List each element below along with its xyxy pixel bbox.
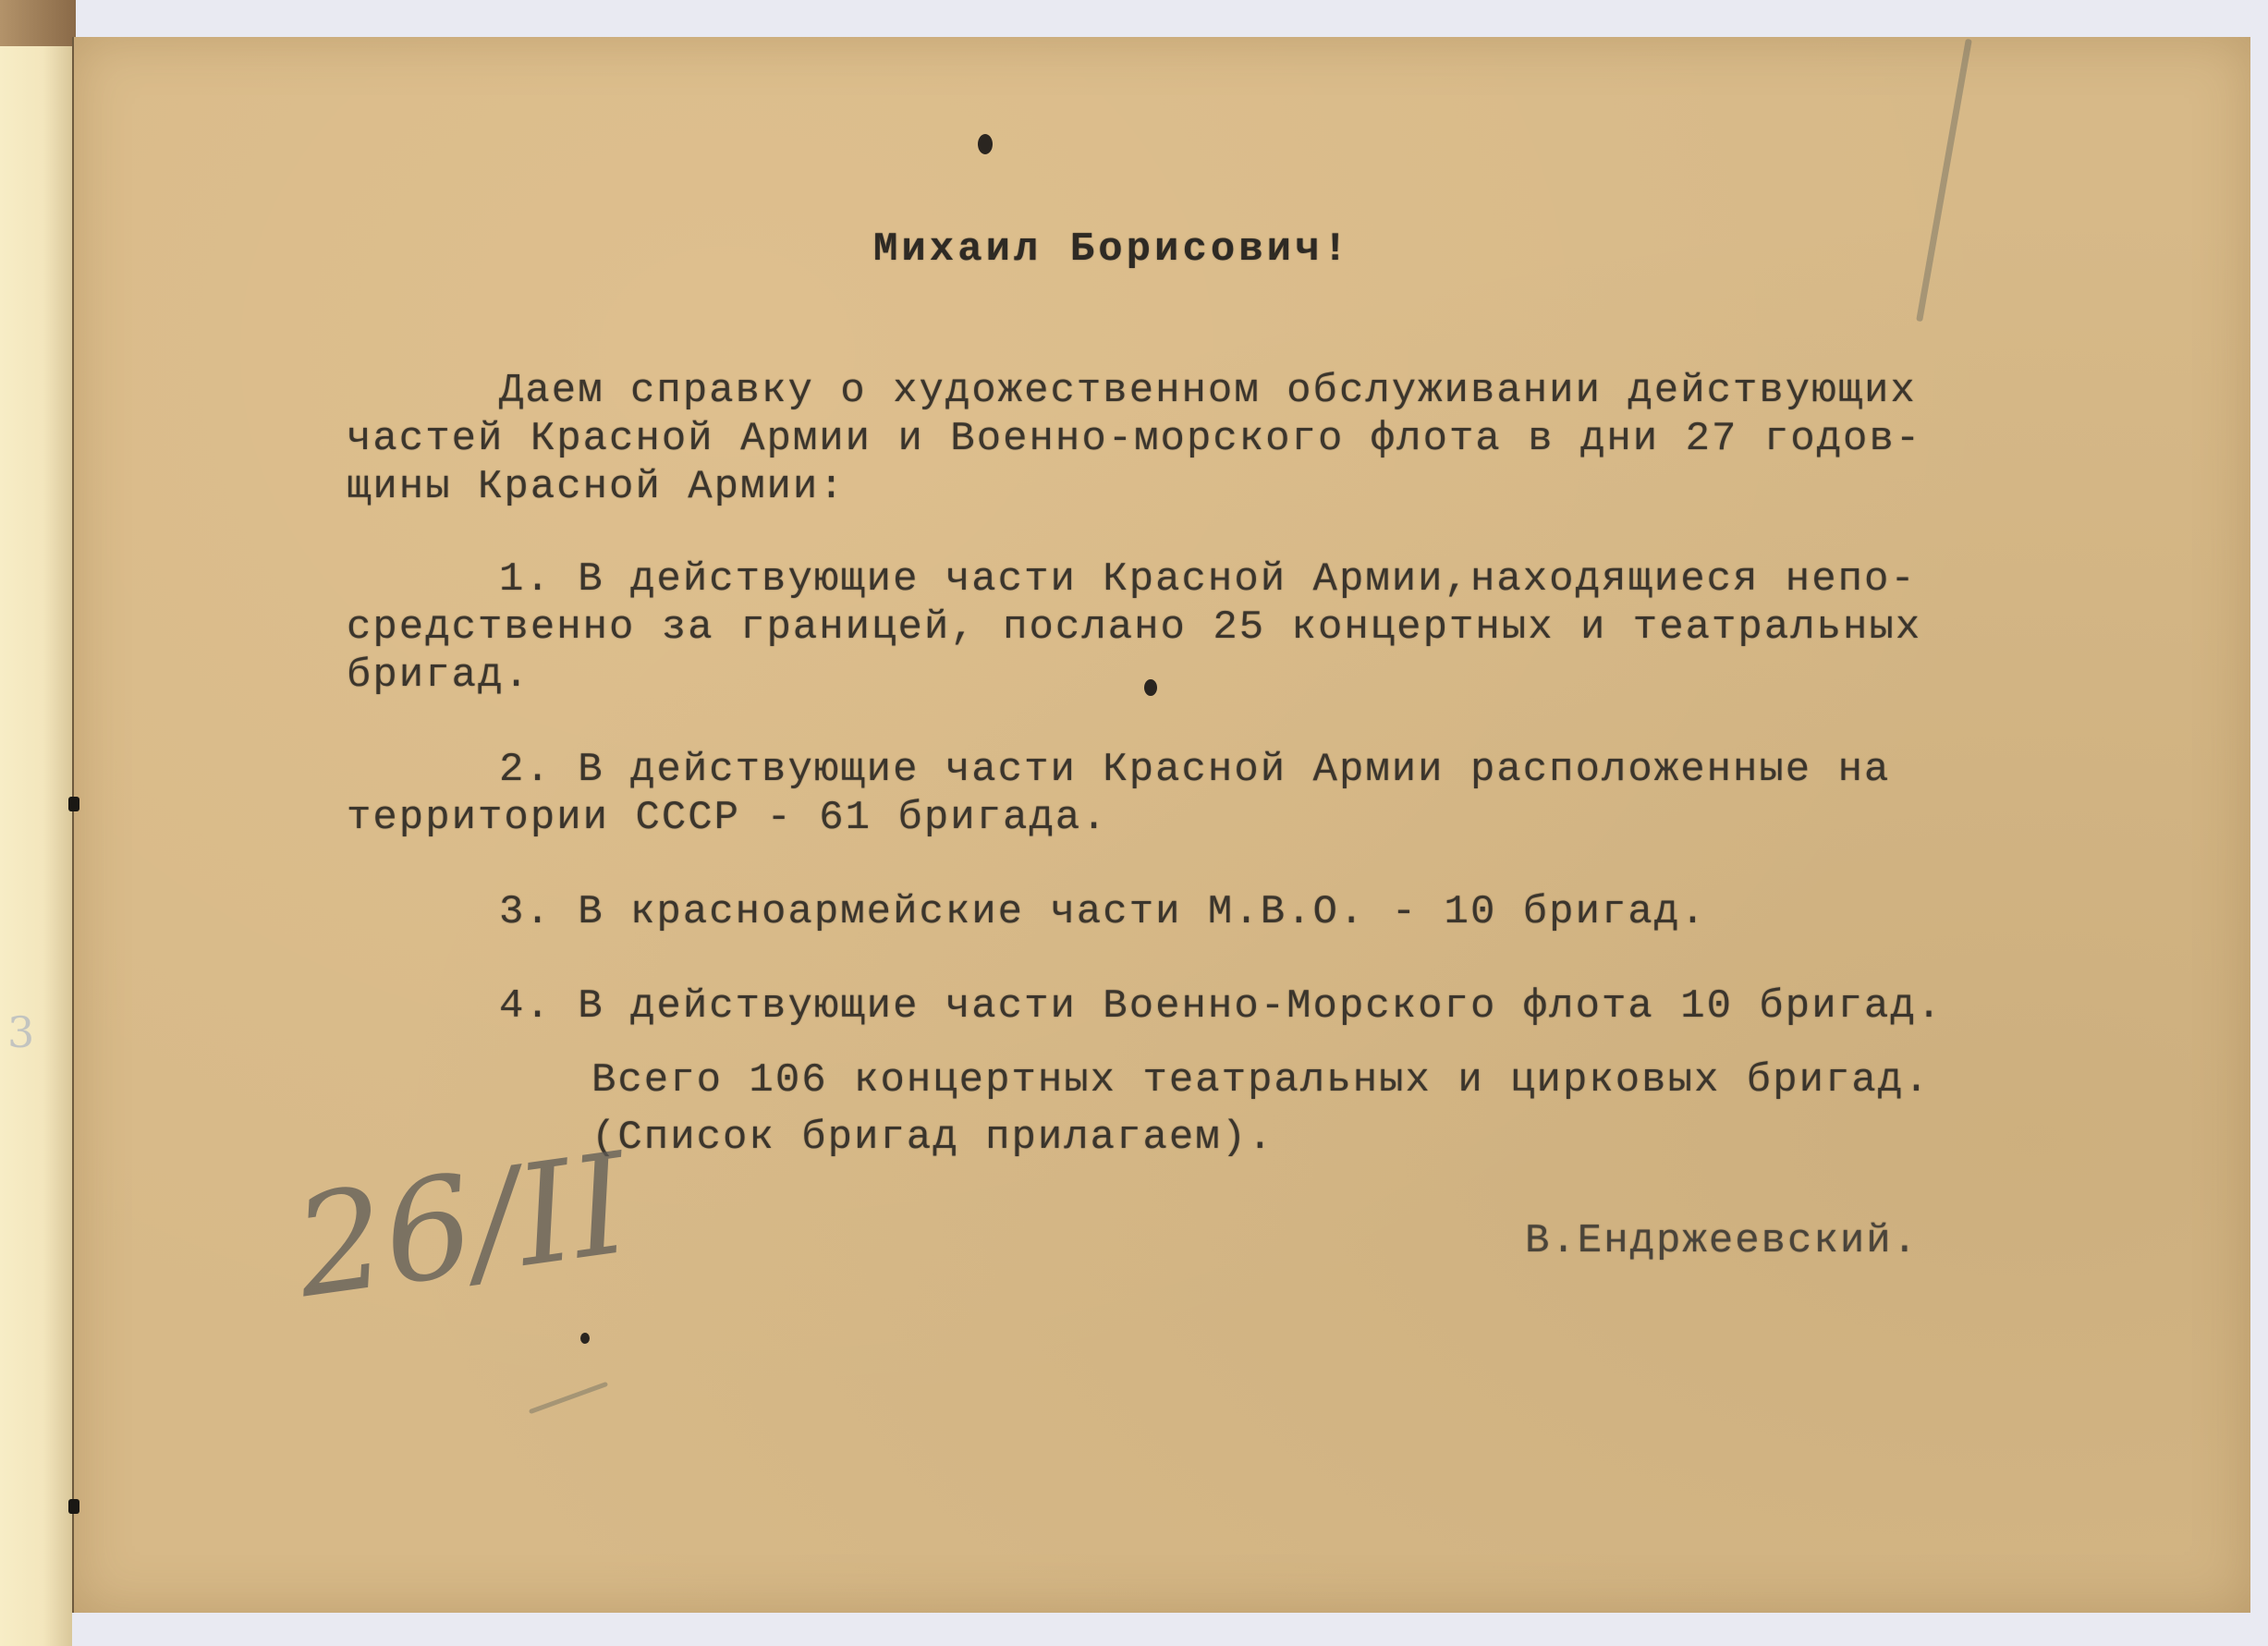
intro-line: щины Красной Армии: (347, 464, 846, 510)
intro-line: Даем справку о художественном обслуживан… (499, 368, 1917, 414)
binding-hole (68, 797, 79, 811)
list-item-2-line: территории СССР - 61 бригада. (347, 795, 1108, 841)
binding-hole (68, 1499, 79, 1514)
list-item-2-line: 2. В действующие части Красной Армии рас… (499, 747, 1890, 793)
ink-blot (978, 134, 993, 154)
intro-line: частей Красной Армии и Военно-морского ф… (347, 416, 1921, 462)
signature: В.Ендржеевский. (1525, 1218, 1919, 1264)
ink-blot (1144, 679, 1157, 696)
binding-edge-top (0, 0, 76, 46)
total-line: (Список бригад прилагаем). (591, 1115, 1274, 1161)
list-item-3-line: 3. В красноармейские части М.В.О. - 10 б… (499, 889, 1707, 935)
list-item-1-line: бригад. (347, 652, 530, 699)
list-item-1-line: 1. В действующие части Красной Армии,нах… (499, 556, 1917, 603)
salutation: Михаил Борисович! (873, 226, 1351, 273)
faded-strip-mark: 3 (7, 1007, 34, 1057)
list-item-1-line: средственно за границей, послано 25 конц… (347, 604, 1921, 651)
ink-blot (580, 1333, 590, 1344)
total-line: Всего 106 концертных театральных и цирко… (591, 1057, 1931, 1103)
list-item-4-line: 4. В действующие части Военно-Морского ф… (499, 983, 1943, 1030)
left-binding-strip: 3 (0, 46, 72, 1646)
